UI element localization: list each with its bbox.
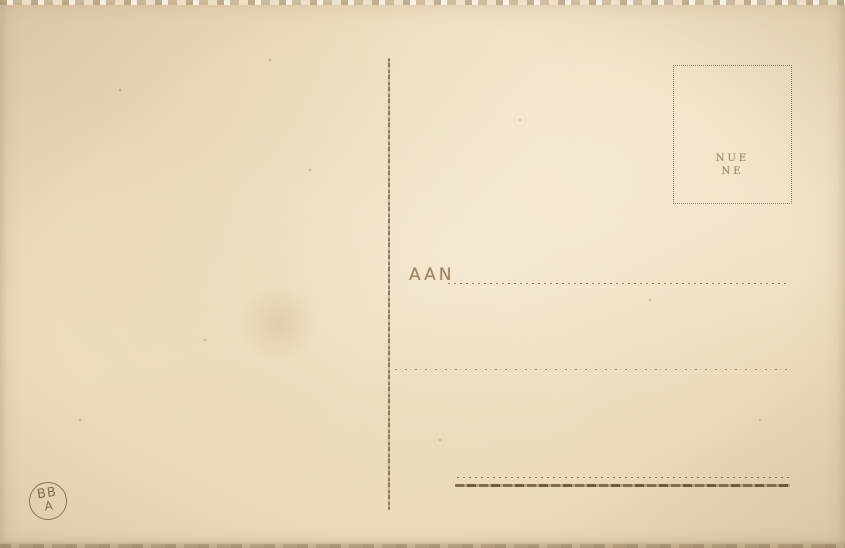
bottom-dotted-line [457, 476, 790, 478]
address-dotted-line-2 [395, 368, 793, 370]
divider-line [388, 58, 390, 510]
address-dotted-line-1 [448, 282, 790, 284]
postcard-back: NUE NE AAN BB A [0, 0, 845, 548]
stamp-box: NUE NE [673, 65, 792, 204]
publisher-mark-circle: BB A [27, 480, 70, 523]
stamp-box-text-line1: NUE [674, 152, 791, 165]
stamp-box-text-line2: NE [674, 165, 791, 178]
deckled-top-edge [0, 0, 845, 5]
stamp-box-text: NUE NE [674, 152, 791, 178]
bottom-heavy-rule [455, 484, 790, 487]
deckled-bottom-edge [0, 544, 845, 548]
